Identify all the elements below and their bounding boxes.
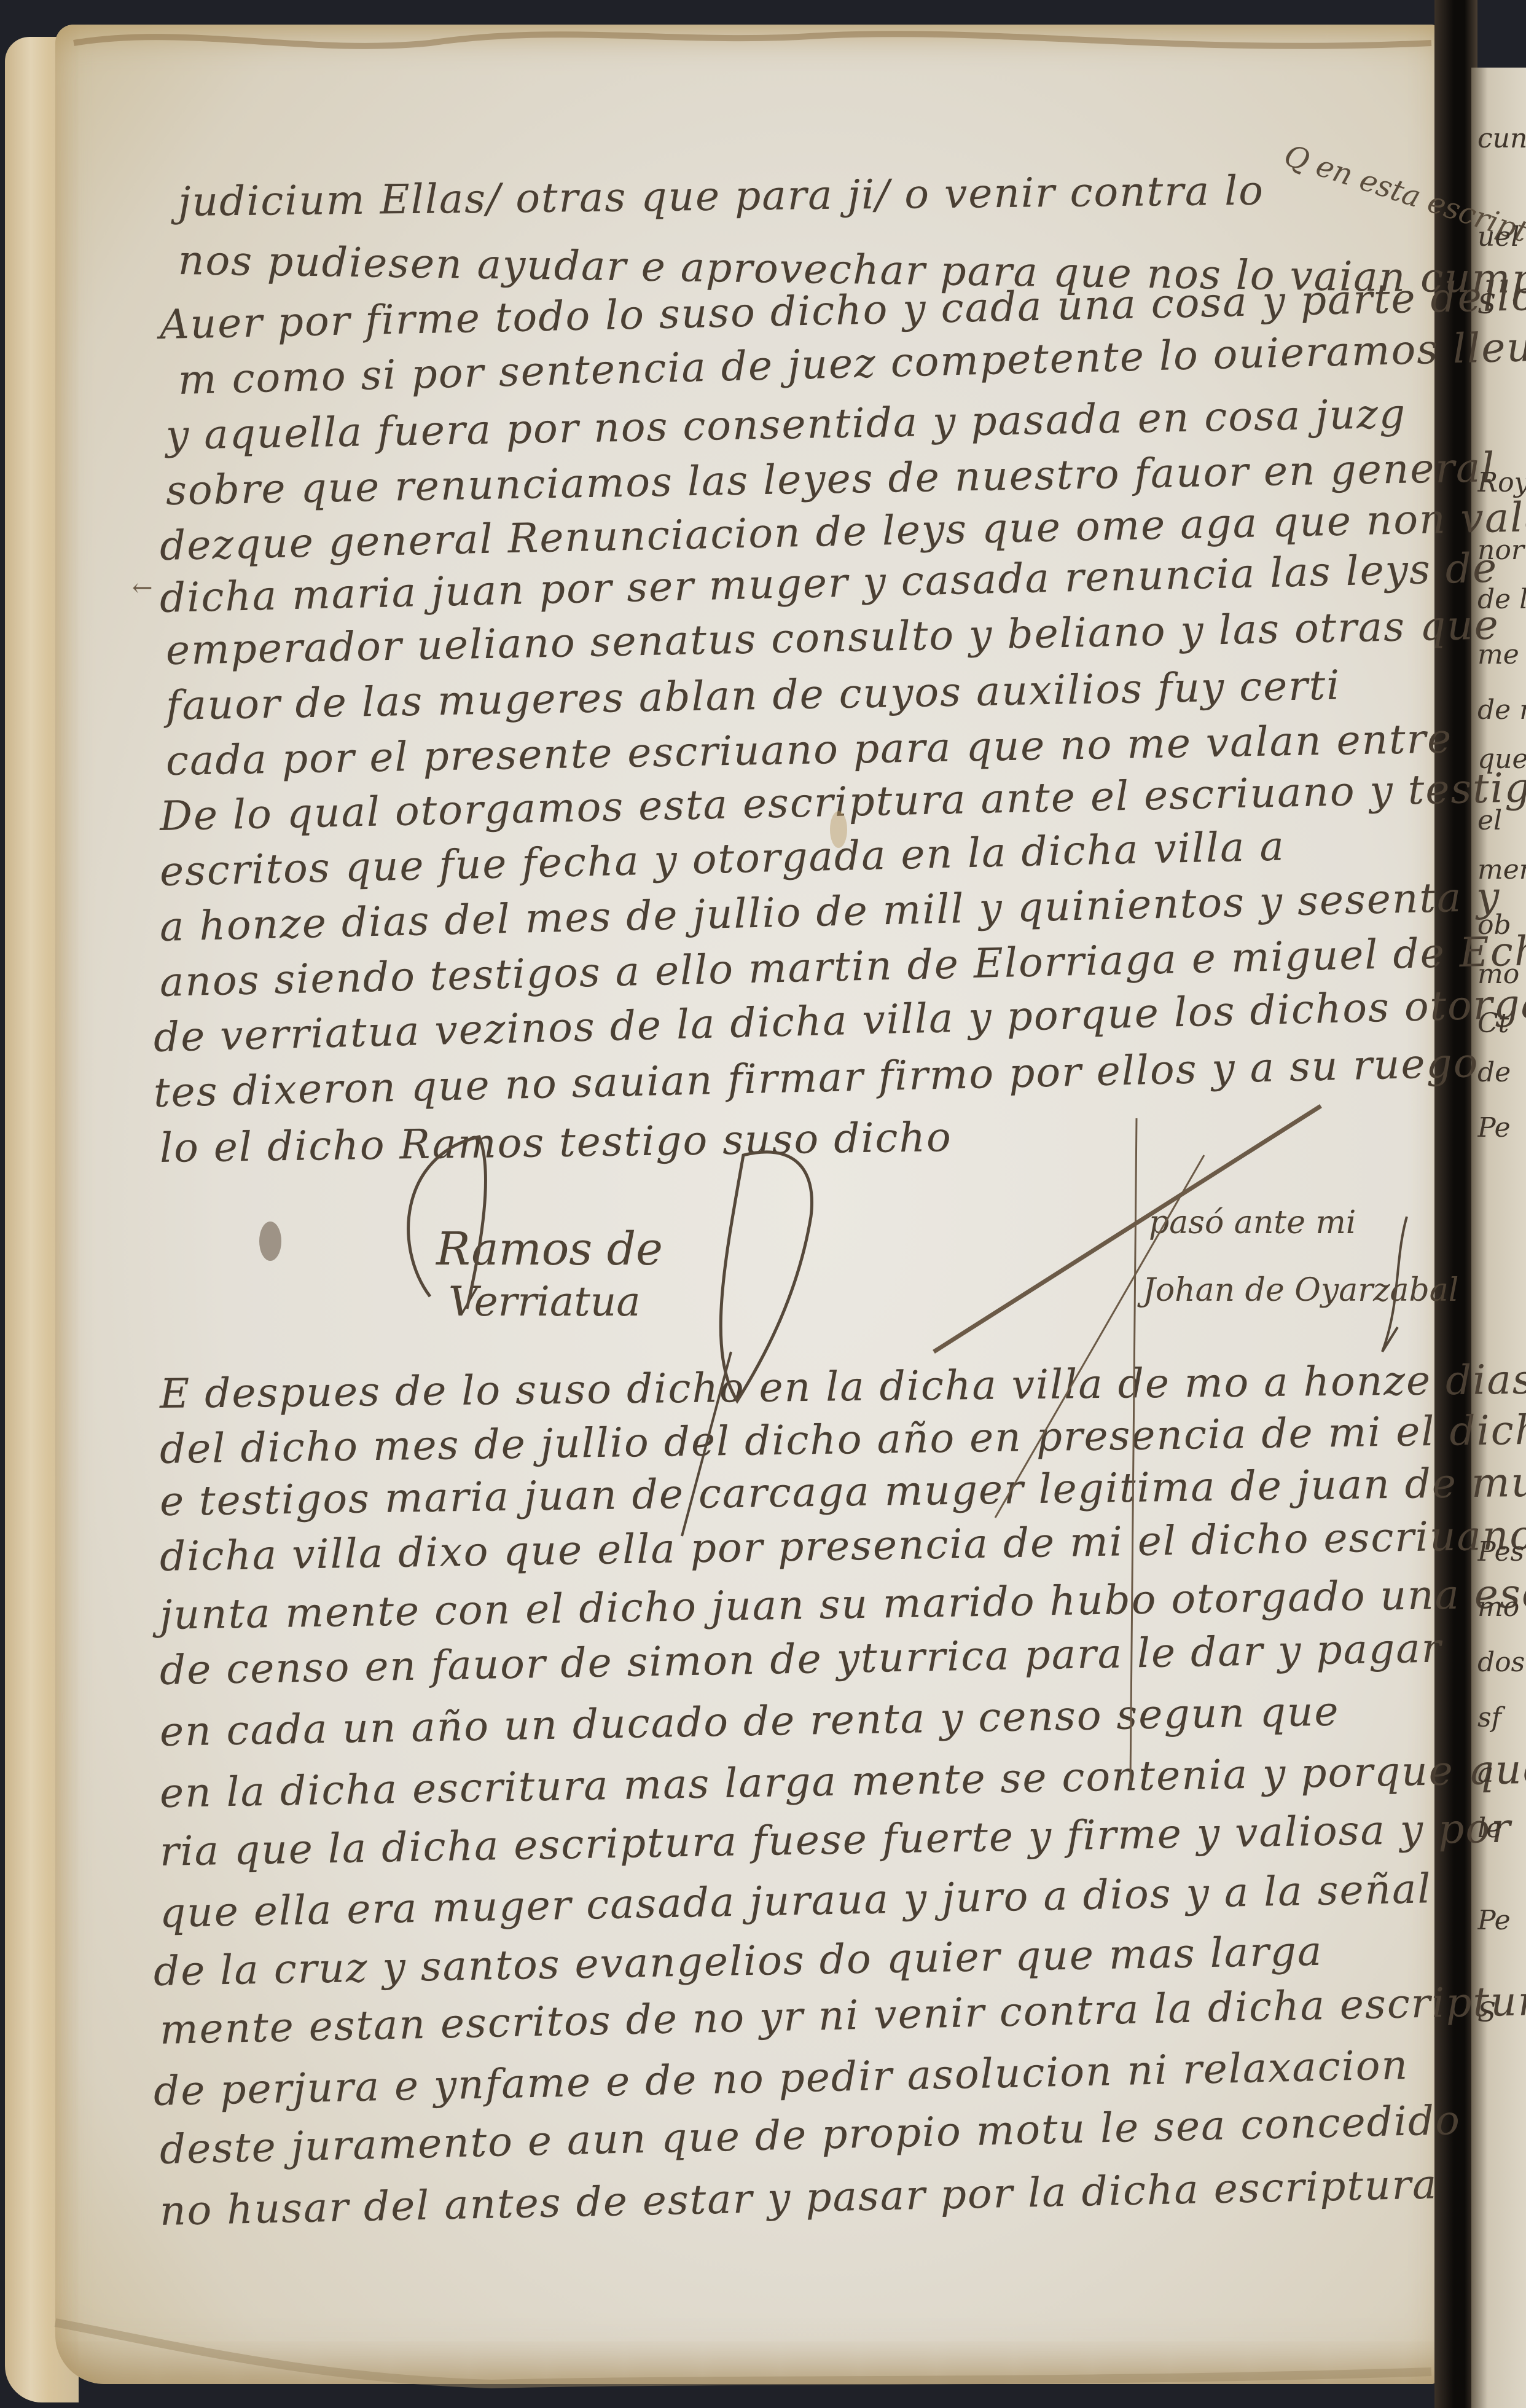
cross-out-line [1130,1118,1137,1782]
signature-r-flourish-icon [409,1137,486,1309]
ink-blot [259,1222,281,1261]
manuscript-scene: judicium Ellas/ otras que para ji/ o ven… [0,0,1526,2408]
cross-out-line [934,1106,1321,1352]
rubric-loop-icon [721,1152,812,1401]
margin-mark-icon: ← [132,574,153,602]
ink-strokes: ← [0,0,1526,2408]
